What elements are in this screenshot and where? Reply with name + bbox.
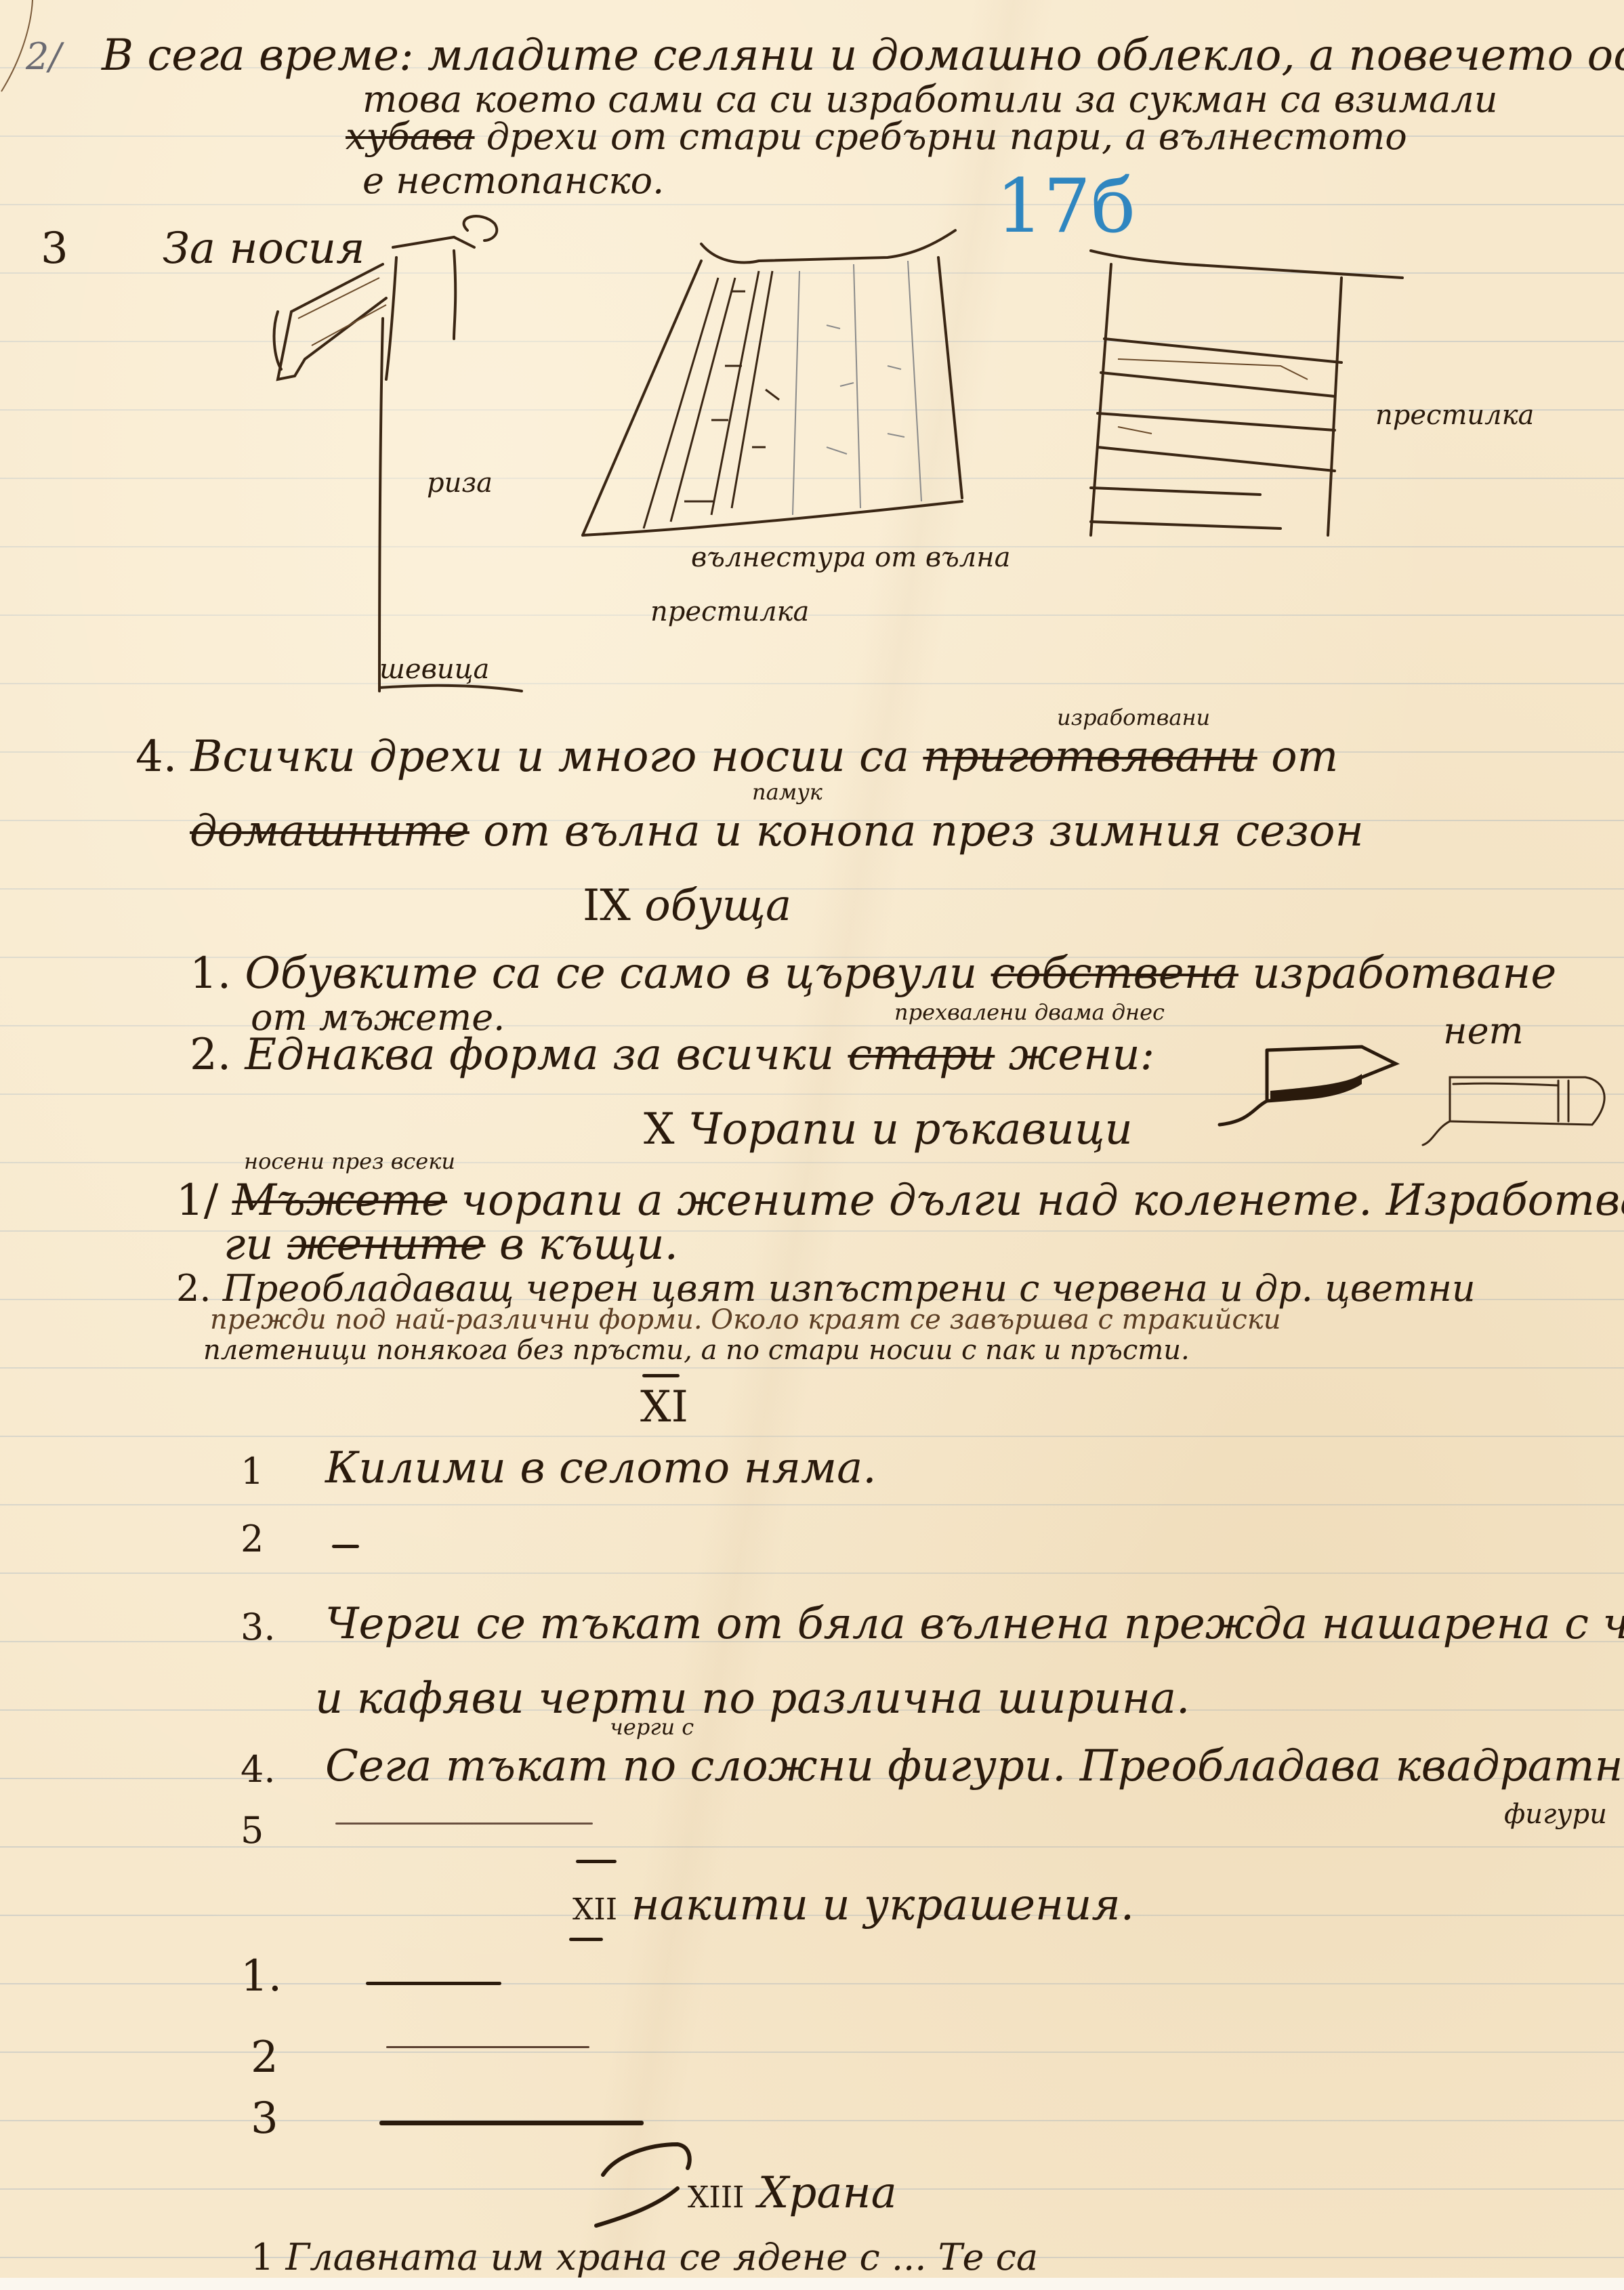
item2-line1: В сега време: младите селяни и домашно о… — [102, 30, 1624, 81]
item4-insert-above: изработвани — [1057, 705, 1210, 730]
section9-item2-number: 2. — [190, 1030, 231, 1080]
section11-item3-line2: и кафяви черти по различна ширина. — [315, 1673, 1190, 1724]
section13-item1: 1 Главната им храна се ядене с ... Те са — [251, 2236, 1038, 2278]
section12-heading: XII накити и украшения. — [572, 1880, 1134, 1930]
section12-item3-dash — [379, 2121, 644, 2125]
item4-line1: 4. Всички дрехи и много носии са приготв… — [136, 732, 1338, 782]
section12-item2-number: 2 — [251, 2033, 278, 2083]
item4-insert2: памук — [752, 779, 823, 805]
section9-item2-insert: прехвалени двама днес — [894, 999, 1165, 1025]
section12-title: накити и украшения. — [631, 1880, 1134, 1930]
item3-number: 3 — [41, 224, 68, 274]
section12-underline — [569, 1938, 603, 1941]
section9-item2-struck: стари — [848, 1030, 995, 1080]
section12-item2-dash — [386, 2046, 589, 2048]
section11-item4-text: Сега тъкат по сложни фигури. Преобладава… — [325, 1741, 1624, 1791]
section12-overline — [576, 1860, 617, 1863]
item2-struck-word: хубава — [346, 115, 475, 158]
section10-item1-line2: ги жените в къщи. — [224, 1220, 678, 1270]
sketch-label-shirt-hem: шевица — [379, 654, 489, 685]
section11-numeral: XI — [640, 1382, 688, 1432]
section9-item1-struck: собствена — [991, 949, 1238, 999]
section9-item1-text-b: изработване — [1252, 949, 1556, 999]
item4-line2-text-b: и конопа през зимния сезон — [714, 806, 1364, 856]
section10-item1-line2-b: в къщи. — [499, 1220, 678, 1270]
item4-line2-struck: домашните — [190, 806, 470, 856]
item4-line2-text-a: от вълна — [483, 806, 701, 856]
item4-struck-word: приготвявани — [923, 732, 1257, 782]
section10-item2-line2: прежди под най-различни форми. Около кра… — [210, 1304, 1281, 1335]
sketch-label-apron-sub: престилка — [650, 596, 809, 627]
item4-line1-text: Всички дрехи и много носии — [190, 732, 845, 782]
item2-line3: хубава дрехи от стари сребърни пари, а в… — [346, 115, 1407, 158]
sock-sketch-icon — [1423, 1064, 1619, 1152]
section10-item1-line2-struck: жените — [287, 1220, 486, 1270]
section10-item1-number: 1/ — [176, 1175, 218, 1226]
section9-item2-text-b: жени: — [1009, 1030, 1155, 1080]
section9-numeral: IX — [583, 881, 631, 931]
section9-item1-text: Обувките са се само в цървули — [245, 949, 977, 999]
section10-item2-number: 2. — [176, 1267, 211, 1310]
section13-numeral: XIII — [688, 2180, 744, 2215]
section9-item1: 1. Обувките са се само в цървули собстве… — [190, 949, 1556, 999]
section11-item5-dash — [335, 1823, 593, 1825]
shirt-sketch-icon — [251, 217, 603, 705]
section13-item1-text: Главната им храна се ядене с ... Те са — [286, 2236, 1039, 2278]
section9-item1-number: 1. — [190, 949, 231, 999]
item4-number: 4. — [136, 732, 177, 782]
section10-item1: 1/ Мъжете чорапи а жените дълги над коле… — [176, 1175, 1624, 1226]
section13-title: Храна — [758, 2168, 897, 2218]
margin-page-number: 2/ — [26, 35, 62, 78]
section10-numeral: X — [644, 1104, 675, 1154]
item4-line1-text-c: от — [1271, 732, 1338, 782]
sketch-label-striped-apron: престилка — [1375, 400, 1534, 431]
apron-horizontal-stripes-sketch-icon — [1077, 237, 1430, 556]
section12-item3-number: 3 — [251, 2094, 278, 2144]
page-bottom-edge — [0, 2278, 1624, 2290]
section11-item3-number: 3. — [241, 1606, 276, 1648]
section10-item1-line2-a: ги — [224, 1220, 274, 1270]
section11-overline — [642, 1374, 680, 1377]
section11-item4-number: 4. — [241, 1748, 276, 1791]
section11-item4-insert: черги с — [610, 1714, 694, 1740]
section11-item1-number: 1 — [241, 1450, 264, 1493]
section12-item1-dash — [366, 1982, 501, 1985]
apron-vertical-stripes-sketch-icon — [569, 230, 1003, 569]
tsarvul-shoe-sketch-icon — [1192, 1033, 1389, 1128]
sketch-label-shirt: риза — [427, 467, 493, 499]
section9-item2-text: Еднаква форма за всички — [245, 1030, 834, 1080]
item4-line1-text-b: са — [859, 732, 909, 782]
section10-item2-line1: 2. Преобладаващ черен цвят изпъстрени с … — [176, 1267, 1476, 1310]
section10-item1-text: чорапи а жените дълги над коленете. Изра… — [461, 1175, 1624, 1226]
section10-item1-struck: Мъжете — [232, 1175, 447, 1226]
section10-item1-insert: носени през всеки — [244, 1148, 455, 1174]
section10-item2-line3: плетеници понякога без пръсти, а по стар… — [203, 1335, 1190, 1366]
section11-item2-number: 2 — [241, 1518, 264, 1560]
section11-item5-number: 5 — [241, 1809, 264, 1852]
section11-item1-text: Килими в селото няма. — [325, 1443, 877, 1493]
footwear-sketch-label: нет — [1443, 1009, 1524, 1052]
section11-item4-tail: фигури — [1504, 1799, 1607, 1830]
section12-item1-number: 1. — [241, 1951, 282, 2001]
sketch-label-apron: вълнестура от вълна — [691, 542, 1010, 573]
section12-numeral: XII — [572, 1892, 617, 1927]
section11-item3-line1: Черги се тъкат от бяла вълнена прежда на… — [325, 1599, 1624, 1649]
item4-line2: домашните от вълна и конопа през зимния … — [190, 806, 1364, 856]
section13-item1-number: 1 — [251, 2236, 274, 2278]
section11-item2-dash — [332, 1545, 359, 1548]
section9-heading: IX обуща — [583, 881, 791, 931]
archive-number-blue: 17б — [996, 163, 1136, 249]
section10-item2-text: Преобладаващ черен цвят изпъстрени с чер… — [223, 1267, 1476, 1310]
section9-item2: 2. Еднаква форма за всички стари жени: — [190, 1030, 1154, 1080]
section13-heading: XIII Храна — [688, 2168, 897, 2218]
item2-line2: това което сами са си изработили за сукм… — [362, 78, 1498, 121]
item2-line4: е нестопанско. — [362, 159, 664, 202]
section10-heading: X Чорапи и ръкавици — [644, 1104, 1133, 1154]
section10-title: Чорапи и ръкавици — [688, 1104, 1133, 1154]
section9-title: обуща — [644, 881, 791, 931]
item2-line3-text: дрехи от стари сребърни пари, а вълнесто… — [486, 115, 1407, 158]
